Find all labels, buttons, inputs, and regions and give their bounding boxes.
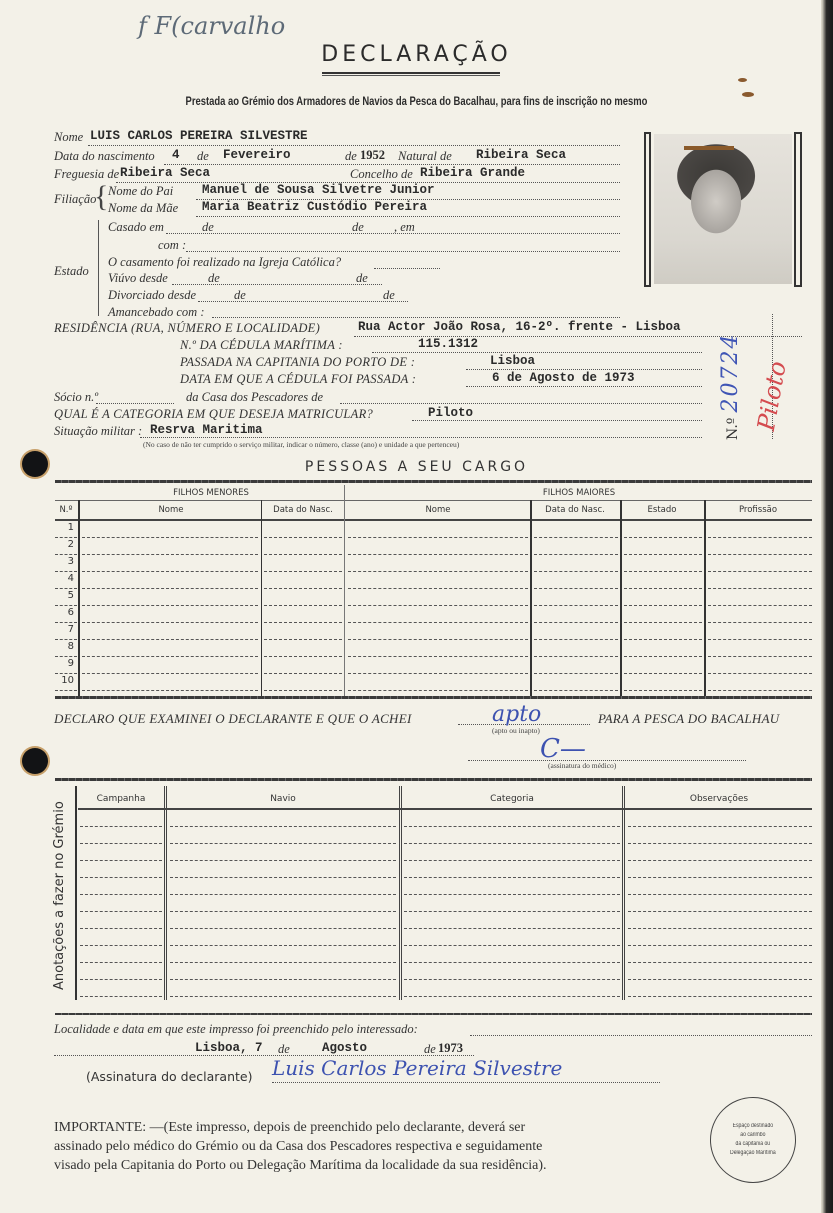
row-number: 5 [52,590,74,601]
table-row-line[interactable] [534,588,618,589]
group-adults: FILHOS MAIORES [346,488,812,498]
annotation-row-line[interactable] [80,860,162,861]
de-label: de [278,1042,290,1057]
group-minors: FILHOS MENORES [80,488,342,498]
stamp-line: Espaço destinado [730,1122,776,1131]
mes-value[interactable]: Agosto [322,1041,367,1055]
col-header-nome-maior: Nome [346,505,530,515]
divorciado-line [198,301,408,302]
table-row-line[interactable] [534,639,618,640]
capitania-label: PASSADA NA CAPITANIA DO PORTO DE : [180,355,415,370]
header-rule [55,519,812,521]
table-row-line[interactable] [82,673,258,674]
capitania-value[interactable]: Lisboa [490,354,535,368]
table-row-line[interactable] [82,605,258,606]
table-row-line[interactable] [82,656,258,657]
para-label: PARA A PESCA DO BACALHAU [598,711,780,727]
data-cedula-line [466,386,702,387]
col-header-navio: Navio [168,794,398,804]
table-row-line[interactable] [624,639,702,640]
annotation-row-line[interactable] [80,962,162,963]
table-row-line[interactable] [55,537,77,538]
col-divider [164,786,167,1000]
col-divider [78,500,80,696]
annotation-row-line[interactable] [170,860,396,861]
annotation-row-line[interactable] [80,877,162,878]
table-row-line[interactable] [708,673,812,674]
localidade-line [470,1035,812,1036]
table-row-line[interactable] [264,622,342,623]
stamp-area: Espaço destinado ao carimbo da capitania… [710,1097,796,1183]
nascimento-mes[interactable]: Fevereiro [223,148,291,162]
cedula-label: N.º DA CÉDULA MARÍTIMA : [180,338,343,353]
annotation-row-line[interactable] [404,911,620,912]
annotation-row-line[interactable] [628,843,812,844]
medico-signature[interactable]: C— [540,734,586,764]
annotation-row-line[interactable] [404,877,620,878]
col-divider [704,500,706,696]
medical-result[interactable]: apto [492,702,541,727]
col-header-no: N.º [55,505,77,515]
table-row-line[interactable] [624,537,702,538]
table-row-line[interactable] [624,588,702,589]
estado-label: Estado [54,264,89,279]
nascimento-line [164,164,620,165]
table-row-line[interactable] [55,588,77,589]
col-header-categoria: Categoria [402,794,622,804]
row-number: 10 [52,675,74,686]
de2-label: de [424,1042,436,1057]
viuvo-label: Viúvo desde [108,271,168,286]
table-row-line[interactable] [708,554,812,555]
table-row-line[interactable] [624,554,702,555]
importante-block: IMPORTANTE: —(Este impresso, depois de p… [54,1118,564,1175]
handwritten-note: f F(carvalho [138,12,285,40]
annotation-row-line[interactable] [80,945,162,946]
de-label: de [197,149,209,164]
table-row-line[interactable] [708,639,812,640]
annotation-row-line[interactable] [628,945,812,946]
annotations-bottom-rule [55,1013,812,1015]
table-row-line[interactable] [348,639,528,640]
subtitle: Prestada ao Grémio dos Armadores de Navi… [75,96,758,108]
igreja-label: O casamento foi realizado na Igreja Cató… [108,255,341,270]
capitania-line [466,369,702,370]
annotations-header-rule [78,808,812,810]
annotation-row-line[interactable] [170,826,396,827]
pai-value[interactable]: Manuel de Sousa Silvetre Junior [202,183,435,197]
casa-pescadores-label: da Casa dos Pescadores de [186,390,323,405]
col-header-nasc-menor: Data do Nasc. [262,505,344,515]
assinatura-label: (Assinatura do declarante) [86,1069,252,1084]
nome-value[interactable]: LUIS CARLOS PEREIRA SILVESTRE [90,129,308,143]
militar-value[interactable]: Resrva Maritima [150,423,263,437]
annotation-row-line[interactable] [628,894,812,895]
col-header-estado: Estado [620,505,704,515]
mae-line [196,216,620,217]
annotation-row-line[interactable] [628,877,812,878]
dependents-bottom-rule [55,696,812,699]
annotation-row-line[interactable] [404,979,620,980]
row-number: 1 [52,522,74,533]
estado-brace [98,220,102,316]
table-row-line[interactable] [55,622,77,623]
concelho-value[interactable]: Ribeira Grande [420,166,525,180]
table-row-line[interactable] [348,690,528,691]
militar-line [140,437,702,438]
annotation-row-line[interactable] [170,996,396,997]
table-row-line[interactable] [708,622,812,623]
stamp-line: da capitania ou [730,1140,776,1149]
table-row-line[interactable] [348,537,528,538]
row-number: 9 [52,658,74,669]
cedula-line [372,352,702,353]
concelho-label: Concelho de [350,167,413,182]
col-divider [261,500,262,696]
table-row-line[interactable] [624,571,702,572]
dia-value[interactable]: 7 [255,1041,263,1055]
col-divider [620,500,622,696]
annotation-row-line[interactable] [628,996,812,997]
de-ano-label: de [345,149,357,164]
col-header-campanha: Campanha [78,794,164,804]
annotation-row-line[interactable] [170,979,396,980]
annotation-row-line[interactable] [404,945,620,946]
annotation-row-line[interactable] [404,860,620,861]
declarante-signature[interactable]: Luis Carlos Pereira Silvestre [272,1056,562,1080]
row-number: 6 [52,607,74,618]
table-row-line[interactable] [534,554,618,555]
table-row-line[interactable] [348,571,528,572]
table-row-line[interactable] [348,605,528,606]
table-row-line[interactable] [534,690,618,691]
freguesia-label: Freguesia de [54,167,119,182]
stamp-line: Delegação Marítima [730,1149,776,1158]
table-row-line[interactable] [264,605,342,606]
col-header-observacoes: Observações [626,794,812,804]
col-divider [399,786,402,1000]
mae-label: Nome da Mãe [108,201,178,216]
militar-note: (No caso de não ter cumprido o serviço m… [143,440,459,449]
localidade-label: Localidade e data em que este impresso f… [54,1022,418,1037]
casado-label: Casado em [108,220,164,235]
annotation-row-line[interactable] [628,826,812,827]
dependents-top-rule [55,480,812,483]
col-divider [530,500,532,696]
col-divider [75,786,77,1000]
annotation-row-line[interactable] [80,894,162,895]
annotation-row-line[interactable] [628,962,812,963]
table-row-line[interactable] [55,673,77,674]
annotation-row-line[interactable] [80,911,162,912]
importante-label: IMPORTANTE: — [54,1120,164,1135]
result-hint: (apto ou inapto) [492,726,540,735]
table-row-line[interactable] [264,571,342,572]
mae-value[interactable]: Maria Beatriz Custódio Pereira [202,200,427,214]
no-label: N.º [725,418,741,440]
annotation-row-line[interactable] [628,860,812,861]
residencia-value[interactable]: Rua Actor João Rosa, 16-2º. frente - Lis… [358,320,681,334]
table-row-line[interactable] [348,554,528,555]
amancebado-label: Amancebado com : [108,305,205,320]
table-row-line[interactable] [82,571,258,572]
assinatura-line [272,1082,660,1083]
annotation-row-line[interactable] [80,928,162,929]
stamp-line: ao carimbo [730,1131,776,1140]
table-row-line[interactable] [264,537,342,538]
table-row-line[interactable] [348,622,528,623]
table-row-line[interactable] [708,537,812,538]
row-number: 4 [52,573,74,584]
table-row-line[interactable] [264,554,342,555]
table-row-line[interactable] [534,622,618,623]
table-row-line[interactable] [624,690,702,691]
table-row-line[interactable] [264,588,342,589]
table-row-line[interactable] [624,622,702,623]
table-row-line[interactable] [82,588,258,589]
portrait-image [654,134,792,284]
categoria-label: QUAL É A CATEGORIA EM QUE DESEJA MATRICU… [54,407,373,422]
stain [742,92,754,97]
table-row-line[interactable] [82,537,258,538]
categoria-value[interactable]: Piloto [428,406,473,420]
row-number: 7 [52,624,74,635]
id-photo [644,132,802,287]
residencia-label: RESIDÊNCIA (RUA, NÚMERO E LOCALIDADE) [54,321,320,336]
divorciado-label: Divorciado desde [108,288,196,303]
group-rule [55,500,812,501]
table-row-line[interactable] [82,639,258,640]
annotation-row-line[interactable] [628,911,812,912]
dependents-title: PESSOAS A SEU CARGO [0,459,833,475]
table-row-line[interactable] [348,588,528,589]
annotation-row-line[interactable] [628,979,812,980]
socio-label: Sócio n.º [54,390,98,405]
table-row-line[interactable] [264,690,342,691]
data-cedula-value[interactable]: 6 de Agosto de 1973 [492,371,635,385]
table-row-line[interactable] [624,656,702,657]
table-row-line[interactable] [708,571,812,572]
table-row-line[interactable] [708,656,812,657]
table-row-line[interactable] [348,656,528,657]
com-line [186,251,620,252]
annotation-row-line[interactable] [170,894,396,895]
stain [738,78,747,82]
binder-hole-bottom [22,748,48,774]
col-header-nome-menor: Nome [80,505,262,515]
casado-line [166,233,620,234]
annotation-row-line[interactable] [170,843,396,844]
row-number: 3 [52,556,74,567]
table-row-line[interactable] [264,656,342,657]
table-row-line[interactable] [82,690,258,691]
viuvo-line [172,284,382,285]
table-row-line[interactable] [55,639,77,640]
table-row-line[interactable] [55,656,77,657]
signature-hint: (assinatura do médico) [548,761,616,770]
com-label: com : [158,238,186,253]
igreja-line [374,268,440,269]
cedula-value[interactable]: 115.1312 [418,337,478,351]
annotation-row-line[interactable] [404,996,620,997]
freguesia-value[interactable]: Ribeira Seca [120,166,210,180]
page-title: DECLARAÇÃO [0,42,833,67]
annotation-row-line[interactable] [628,928,812,929]
table-row-line[interactable] [82,554,258,555]
col-header-profissao: Profissão [704,505,812,515]
natural-value[interactable]: Ribeira Seca [476,148,566,162]
table-row-line[interactable] [82,622,258,623]
casa-pescadores-line [340,403,702,404]
ano-value[interactable]: 1973 [438,1041,463,1056]
table-row-line[interactable] [55,690,77,691]
col-header-nasc-maior: Data do Nasc. [530,505,620,515]
table-row-line[interactable] [264,639,342,640]
table-row-line[interactable] [534,656,618,657]
annotation-row-line[interactable] [80,826,162,827]
title-underline [322,72,500,76]
row-number: 8 [52,641,74,652]
table-row-line[interactable] [534,537,618,538]
militar-label: Situação militar : [54,424,142,439]
socio-line [96,403,174,404]
table-row-line[interactable] [534,673,618,674]
table-row-line[interactable] [264,673,342,674]
nascimento-ano[interactable]: 1952 [360,148,385,163]
annotation-row-line[interactable] [404,928,620,929]
registration-number-value: 20724 [718,333,743,413]
annotation-row-line[interactable] [80,843,162,844]
pai-label: Nome do Pai [108,184,173,199]
filiacao-label: Filiação [54,192,96,207]
page-edge [822,0,833,1213]
table-row-line[interactable] [348,673,528,674]
data-cedula-label: DATA EM QUE A CÉDULA FOI PASSADA : [180,372,416,387]
declaro-label: DECLARO QUE EXAMINEI O DECLARANTE E QUE … [54,711,412,727]
nome-line [88,145,620,146]
row-number: 2 [52,539,74,550]
table-row-line[interactable] [708,690,812,691]
annotation-row-line[interactable] [170,911,396,912]
table-row-line[interactable] [55,605,77,606]
col-divider [622,786,625,1000]
table-row-line[interactable] [534,605,618,606]
annotation-row-line[interactable] [404,894,620,895]
col-divider [344,485,345,696]
annotations-side-label: Anotações a fazer no Grémio [52,790,67,990]
table-row-line[interactable] [55,571,77,572]
annotation-row-line[interactable] [170,962,396,963]
annotation-row-line[interactable] [404,826,620,827]
nome-label: Nome [54,130,83,145]
table-row-line[interactable] [624,605,702,606]
annotations-top-rule [55,778,812,781]
filiacao-brace: { [94,182,108,212]
annotation-row-line[interactable] [170,877,396,878]
annotation-row-line[interactable] [170,928,396,929]
table-row-line[interactable] [708,588,812,589]
table-row-line[interactable] [624,673,702,674]
annotation-row-line[interactable] [170,945,396,946]
table-row-line[interactable] [55,554,77,555]
nascimento-dia[interactable]: 4 [172,148,180,162]
annotation-row-line[interactable] [80,996,162,997]
amancebado-line [212,317,620,318]
localidade-value[interactable]: Lisboa, [195,1041,248,1055]
annotation-row-line[interactable] [404,962,620,963]
annotation-row-line[interactable] [404,843,620,844]
categoria-line [412,420,702,421]
nascimento-label: Data do nascimento [54,149,155,164]
table-row-line[interactable] [534,571,618,572]
registration-number: N.º 20724 [718,333,743,440]
natural-label: Natural de [398,149,452,164]
annotation-row-line[interactable] [80,979,162,980]
table-row-line[interactable] [708,605,812,606]
